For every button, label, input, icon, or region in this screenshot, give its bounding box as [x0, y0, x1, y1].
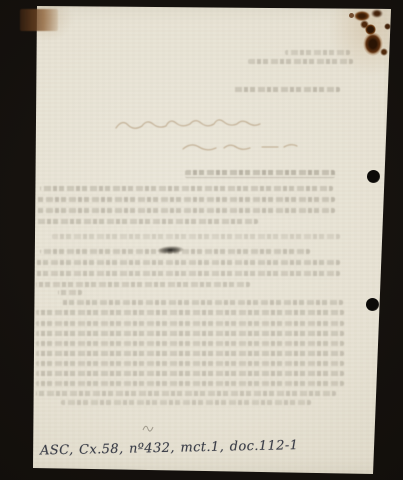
tape-residue: [20, 9, 58, 31]
pencil-mark: [0, 0, 403, 480]
scanned-letter-verso: { "document": { "annotation": "ASC, Cx.5…: [0, 0, 403, 480]
document-page: ASC, Cx.58, nº432, mct.1, doc.112-1: [0, 0, 403, 480]
